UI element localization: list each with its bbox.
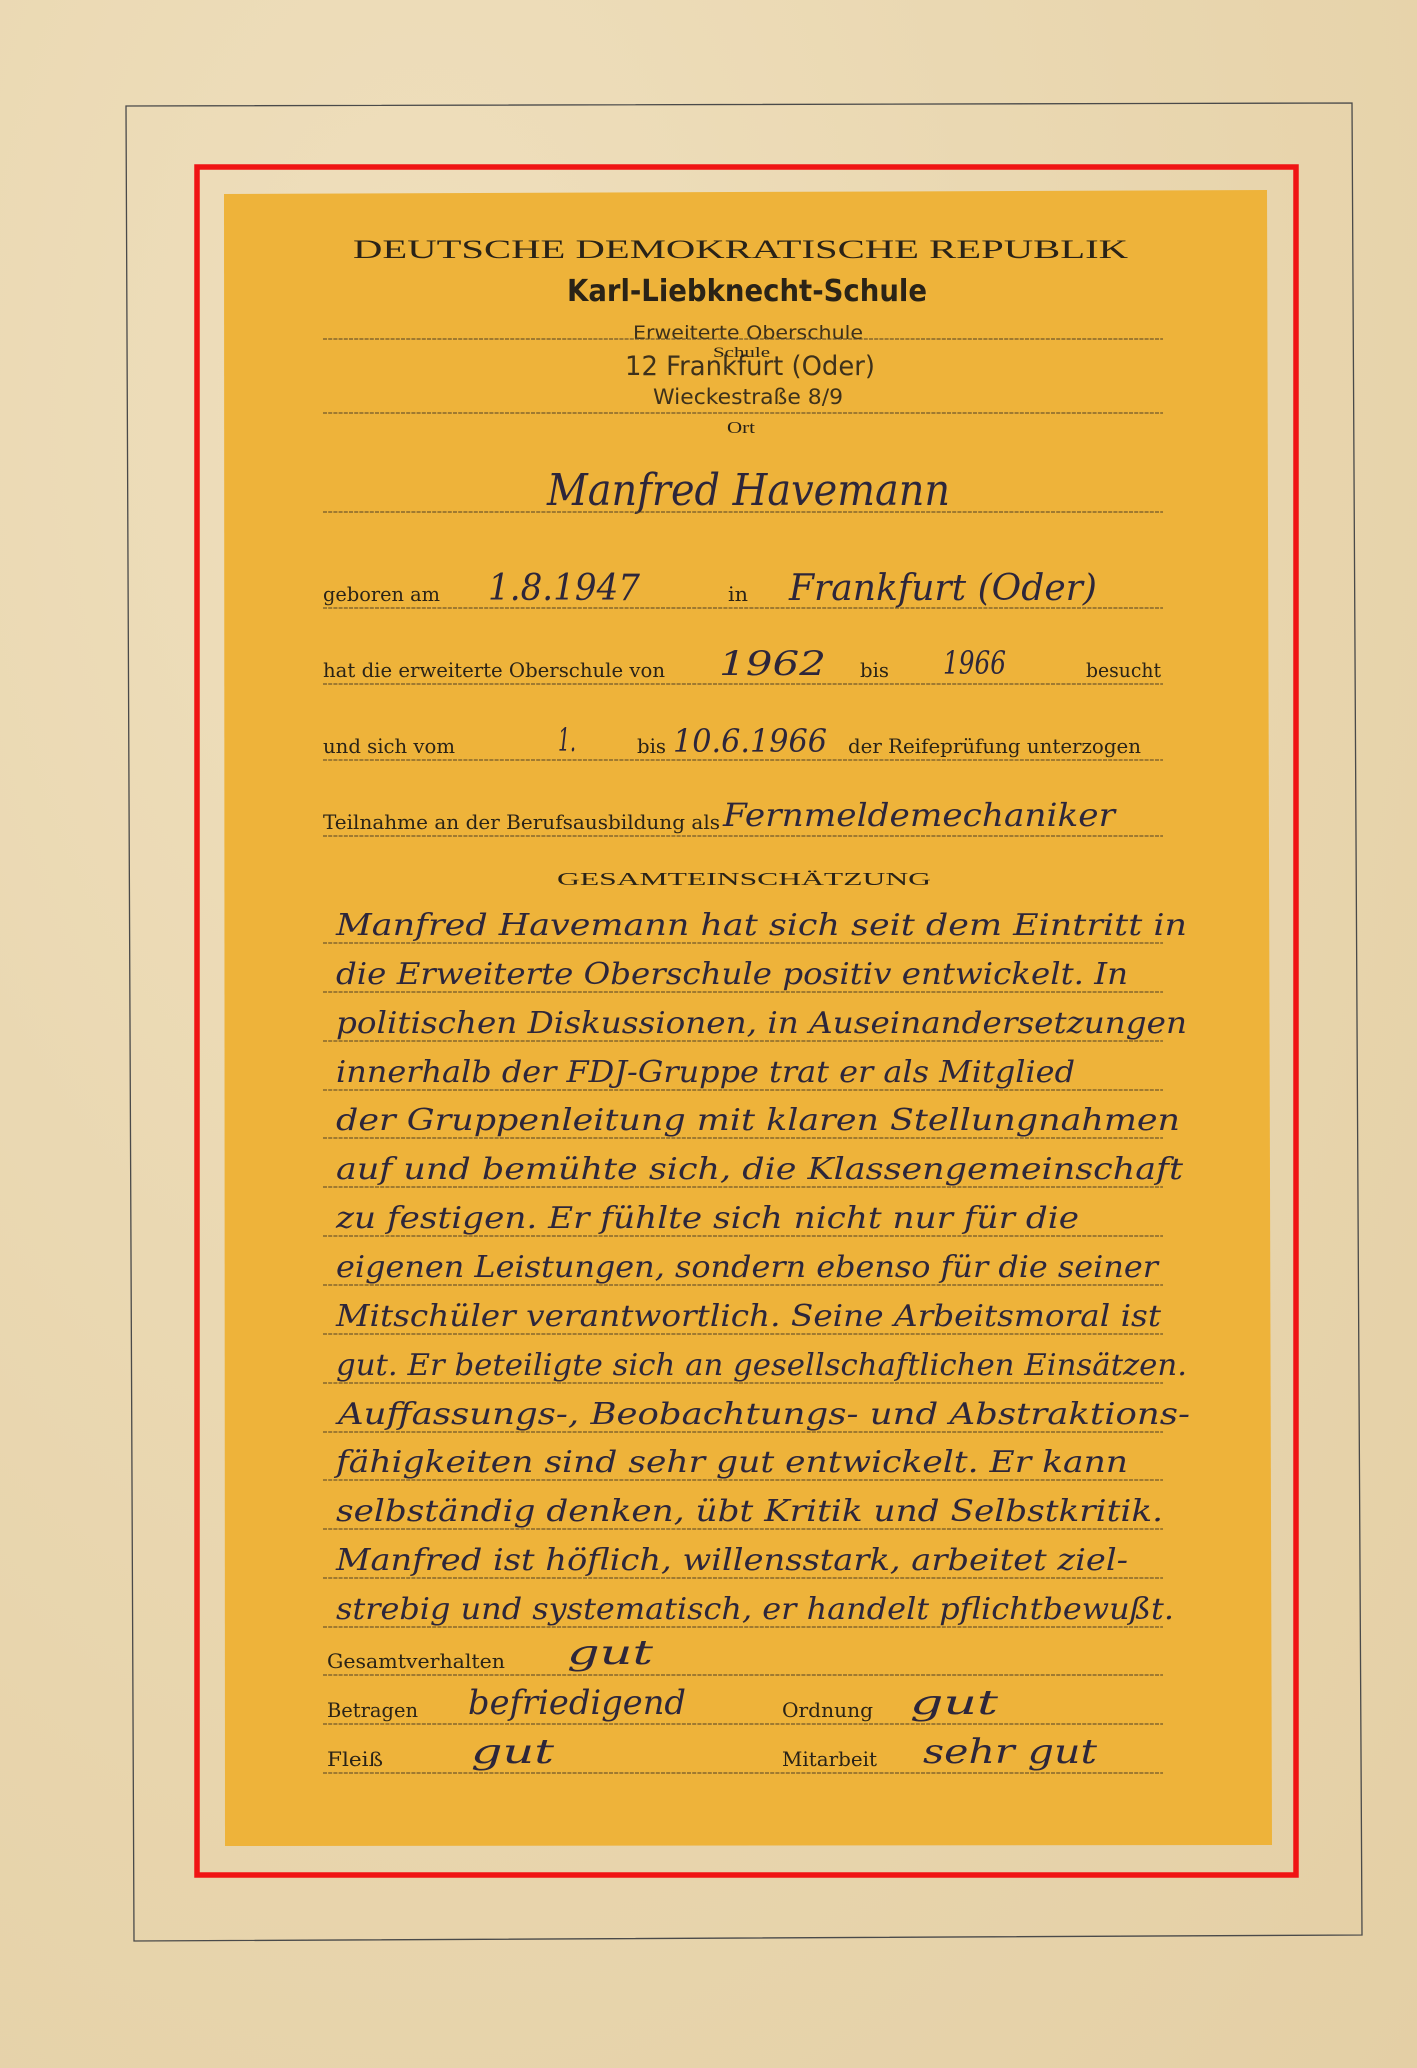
exam-from: 1.: [558, 721, 576, 759]
assessment-line: auf und bemühte sich, die Klassengemeins…: [336, 1152, 1184, 1187]
student-name: Manfred Havemann: [546, 465, 950, 516]
grade-conduct-value: befriedigend: [468, 1683, 686, 1723]
grade-overall-label: Gesamtverhalten: [327, 1649, 505, 1673]
grade-diligence-label: Fleiß: [327, 1747, 383, 1771]
assessment-line: eigenen Leistungen, sondern ebenso für d…: [336, 1250, 1160, 1285]
grade-order-label: Ordnung: [782, 1698, 873, 1722]
assessment-line: Auffassungs-, Beobachtungs- und Abstrakt…: [334, 1397, 1190, 1432]
assessment-line: innerhalb der FDJ-Gruppe trat er als Mit…: [336, 1055, 1075, 1090]
exam-to-label: bis: [637, 734, 666, 758]
assessment-line: zu festigen. Er fühlte sich nicht nur fü…: [335, 1201, 1079, 1236]
exam-suffix: der Reifeprüfung unterzogen: [848, 734, 1141, 758]
school-name: Karl-Liebknecht-Schule: [567, 274, 927, 309]
vocational-value: Fernmeldemechaniker: [722, 796, 1117, 834]
school-type: Erweiterte Oberschule: [633, 322, 863, 344]
attendance-to-label: bis: [860, 658, 889, 682]
place-field-label: Ort: [727, 418, 755, 437]
attendance-from: 1962: [719, 644, 826, 684]
birth-place: Frankfurt (Oder): [788, 568, 1097, 609]
birth-in-label: in: [728, 582, 748, 606]
assessment-line: gut. Er beteiligte sich an gesellschaftl…: [336, 1348, 1187, 1383]
grade-order-value: gut: [910, 1683, 999, 1723]
grade-overall-value: gut: [567, 1633, 654, 1673]
birth-date: 1.8.1947: [488, 568, 640, 609]
grade-diligence-value: gut: [471, 1732, 554, 1772]
country-title: DEUTSCHE DEMOKRATISCHE REPUBLIK: [353, 235, 1128, 264]
attendance-label: hat die erweiterte Oberschule von: [323, 658, 665, 682]
attendance-to: 1966: [943, 644, 1006, 682]
assessment-line: der Gruppenleitung mit klaren Stellungna…: [336, 1103, 1180, 1138]
assessment-line: strebig und systematisch, er handelt pfl…: [336, 1592, 1174, 1627]
assessment-line: Manfred ist höflich, willensstark, arbei…: [335, 1543, 1128, 1578]
assessment-line: Manfred Havemann hat sich seit dem Eintr…: [335, 908, 1187, 943]
vocational-label: Teilnahme an der Berufsausbildung als: [323, 810, 720, 834]
certificate-sheet: DEUTSCHE DEMOKRATISCHE REPUBLIK Karl-Lie…: [0, 0, 1417, 2068]
grade-conduct-label: Betragen: [327, 1698, 418, 1722]
assessment-line: fähigkeiten sind sehr gut entwickelt. Er…: [334, 1445, 1128, 1480]
assessment-text: Manfred Havemann hat sich seit dem Eintr…: [323, 908, 1190, 1627]
school-city: 12 Frankfurt (Oder): [625, 351, 875, 382]
school-street: Wieckestraße 8/9: [653, 385, 843, 409]
assessment-heading: GESAMTEINSCHÄTZUNG: [557, 869, 931, 889]
assessment-line: Mitschüler verantwortlich. Seine Arbeits…: [335, 1299, 1162, 1334]
grade-cooperation-value: sehr gut: [923, 1732, 1097, 1772]
attendance-suffix: besucht: [1086, 658, 1161, 682]
exam-to: 10.6.1966: [673, 722, 827, 760]
assessment-line: politischen Diskussionen, in Auseinander…: [336, 1006, 1187, 1041]
birth-label: geboren am: [323, 582, 440, 606]
assessment-line: die Erweiterte Oberschule positiv entwic…: [336, 957, 1128, 992]
grade-cooperation-label: Mitarbeit: [782, 1747, 877, 1771]
exam-label: und sich vom: [323, 734, 455, 758]
assessment-line: selbständig denken, übt Kritik und Selbs…: [336, 1494, 1163, 1529]
